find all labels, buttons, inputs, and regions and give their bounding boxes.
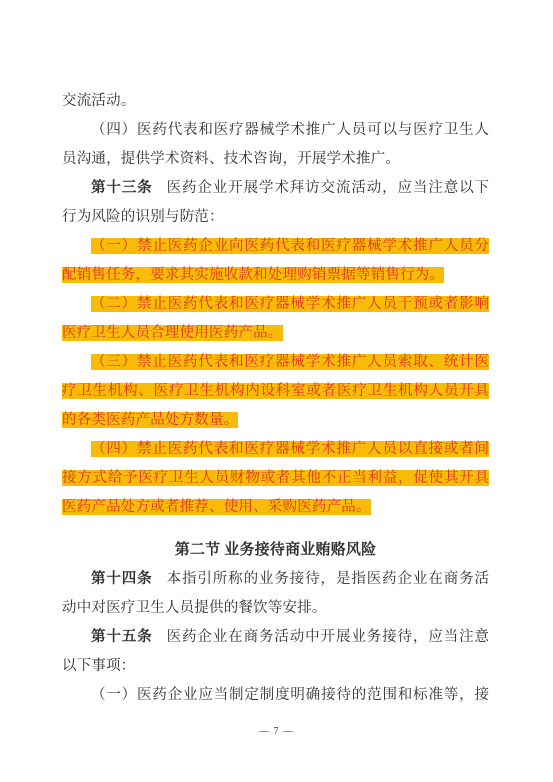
text-run: （一）医药企业应当制定制度明确接待的范围和标准等，接 xyxy=(91,687,489,703)
text-line: 交流活动。 xyxy=(62,87,489,116)
highlighted-text: （二）禁止医药代表和医疗器械学术推广人员干预或者影响 xyxy=(91,296,489,312)
text-run: 本指引所称的业务接待，是指医药企业在商务活 xyxy=(167,571,489,587)
paragraph-spacer xyxy=(62,522,489,536)
highlighted-text-line: （四）禁止医药代表和医疗器械学术推广人员以直接或者间 xyxy=(62,435,489,464)
highlighted-text-line: 的各类医药产品处方数量。 xyxy=(62,406,489,435)
highlighted-text-line: （一）禁止医药企业向医药代表和医疗器械学术推广人员分 xyxy=(62,232,489,261)
text-line: 行为风险的识别与防范： xyxy=(62,203,489,232)
highlighted-text: 医疗卫生人员合理使用医药产品。 xyxy=(62,325,283,341)
document-body: 交流活动。（四）医药代表和医疗器械学术推广人员可以与医疗卫生人员沟通，提供学术资… xyxy=(62,87,489,710)
article-number: 第十三条 xyxy=(91,180,153,196)
text-line: 动中对医疗卫生人员提供的餐饮等安排。 xyxy=(62,594,489,623)
highlighted-text: （四）禁止医药代表和医疗器械学术推广人员以直接或者间 xyxy=(91,441,489,457)
highlighted-text-line: 配销售任务，要求其实施收款和处理购销票据等销售行为。 xyxy=(62,261,489,290)
highlighted-text-line: 医疗卫生人员合理使用医药产品。 xyxy=(62,319,489,348)
highlighted-text: 医药产品处方或者推荐、使用、采购医药产品。 xyxy=(62,499,371,515)
text-run: 医药企业开展学术拜访交流活动，应当注意以下 xyxy=(167,180,489,196)
document-page: 交流活动。（四）医药代表和医疗器械学术推广人员可以与医疗卫生人员沟通，提供学术资… xyxy=(0,0,553,782)
text-run: （四）医药代表和医疗器械学术推广人员可以与医疗卫生人 xyxy=(91,122,489,138)
highlighted-text: （一）禁止医药企业向医药代表和医疗器械学术推广人员分 xyxy=(91,238,489,254)
highlighted-text: 的各类医药产品处方数量。 xyxy=(62,412,238,428)
text-line: 第十四条本指引所称的业务接待，是指医药企业在商务活 xyxy=(62,565,489,594)
highlighted-text-line: 医药产品处方或者推荐、使用、采购医药产品。 xyxy=(62,493,489,522)
text-line: （一）医药企业应当制定制度明确接待的范围和标准等，接 xyxy=(62,681,489,710)
text-line: 第十五条医药企业在商务活动中开展业务接待，应当注意 xyxy=(62,623,489,652)
text-line: 第十三条医药企业开展学术拜访交流活动，应当注意以下 xyxy=(62,174,489,203)
text-line: （四）医药代表和医疗器械学术推广人员可以与医疗卫生人 xyxy=(62,116,489,145)
text-run: 交流活动。 xyxy=(62,93,136,109)
text-run: 行为风险的识别与防范： xyxy=(62,209,224,225)
highlighted-text: （三）禁止医药代表和医疗器械学术推广人员索取、统计医 xyxy=(91,354,489,370)
section-heading: 第二节 业务接待商业贿赂风险 xyxy=(62,536,489,565)
highlighted-text: 疗卫生机构、医疗卫生机构内设科室或者医疗卫生机构人员开具 xyxy=(62,383,489,399)
text-run: 员沟通，提供学术资料、技术咨询，开展学术推广。 xyxy=(62,151,400,167)
article-number: 第十四条 xyxy=(91,571,153,587)
highlighted-text-line: （三）禁止医药代表和医疗器械学术推广人员索取、统计医 xyxy=(62,348,489,377)
highlighted-text: 接方式给予医疗卫生人员财物或者其他不正当利益，促使其开具 xyxy=(62,470,489,486)
text-run: 动中对医疗卫生人员提供的餐饮等安排。 xyxy=(62,600,327,616)
text-run: 医药企业在商务活动中开展业务接待，应当注意 xyxy=(167,629,489,645)
text-run: 第二节 业务接待商业贿赂风险 xyxy=(175,542,377,558)
page-number: — 7 — xyxy=(0,726,553,737)
text-line: 员沟通，提供学术资料、技术咨询，开展学术推广。 xyxy=(62,145,489,174)
article-number: 第十五条 xyxy=(91,629,153,645)
highlighted-text-line: 接方式给予医疗卫生人员财物或者其他不正当利益，促使其开具 xyxy=(62,464,489,493)
highlighted-text: 配销售任务，要求其实施收款和处理购销票据等销售行为。 xyxy=(62,267,444,283)
text-line: 以下事项： xyxy=(62,652,489,681)
highlighted-text-line: 疗卫生机构、医疗卫生机构内设科室或者医疗卫生机构人员开具 xyxy=(62,377,489,406)
text-run: 以下事项： xyxy=(62,658,136,674)
highlighted-text-line: （二）禁止医药代表和医疗器械学术推广人员干预或者影响 xyxy=(62,290,489,319)
